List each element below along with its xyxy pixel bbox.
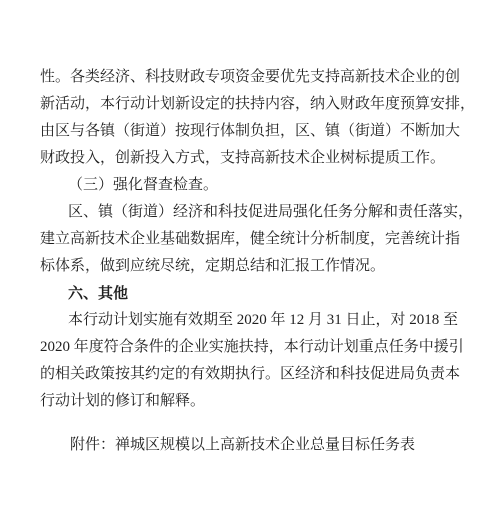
document-page: 性。各类经济、科技财政专项资金要优先支持高新技术企业的创 新活动，本行动计划新设… (0, 0, 500, 530)
document-line: 建立高新技术企业基础数据库，健全统计分析制度，完善统计指 (40, 226, 464, 253)
document-line: 由区与各镇（街道）按现行体制负担，区、镇（街道）不断加大 (40, 118, 464, 145)
document-line: 性。各类经济、科技财政专项资金要优先支持高新技术企业的创 (40, 64, 464, 91)
document-body: 性。各类经济、科技财政专项资金要优先支持高新技术企业的创 新活动，本行动计划新设… (40, 64, 464, 459)
attachment-note: 附件：禅城区规模以上高新技术企业总量目标任务表 (40, 432, 464, 459)
document-line: 2020 年度符合条件的企业实施扶持，本行动计划重点任务中援引 (40, 334, 464, 361)
document-line: 本行动计划实施有效期至 2020 年 12 月 31 日止，对 2018 至 (40, 307, 464, 334)
section-heading-other: 六、其他 (40, 280, 464, 307)
document-line: 行动计划的修订和解释。 (40, 388, 464, 415)
document-line: 的相关政策按其约定的有效期执行。区经济和科技促进局负责本 (40, 361, 464, 388)
document-line: 财政投入，创新投入方式，支持高新技术企业树标提质工作。 (40, 145, 464, 172)
document-line: 区、镇（街道）经济和科技促进局强化任务分解和责任落实， (40, 199, 464, 226)
document-line: 标体系，做到应统尽统，定期总结和汇报工作情况。 (40, 253, 464, 280)
subsection-heading-supervision: （三）强化督查检查。 (40, 172, 464, 199)
document-line: 新活动，本行动计划新设定的扶持内容，纳入财政年度预算安排， (40, 91, 464, 118)
